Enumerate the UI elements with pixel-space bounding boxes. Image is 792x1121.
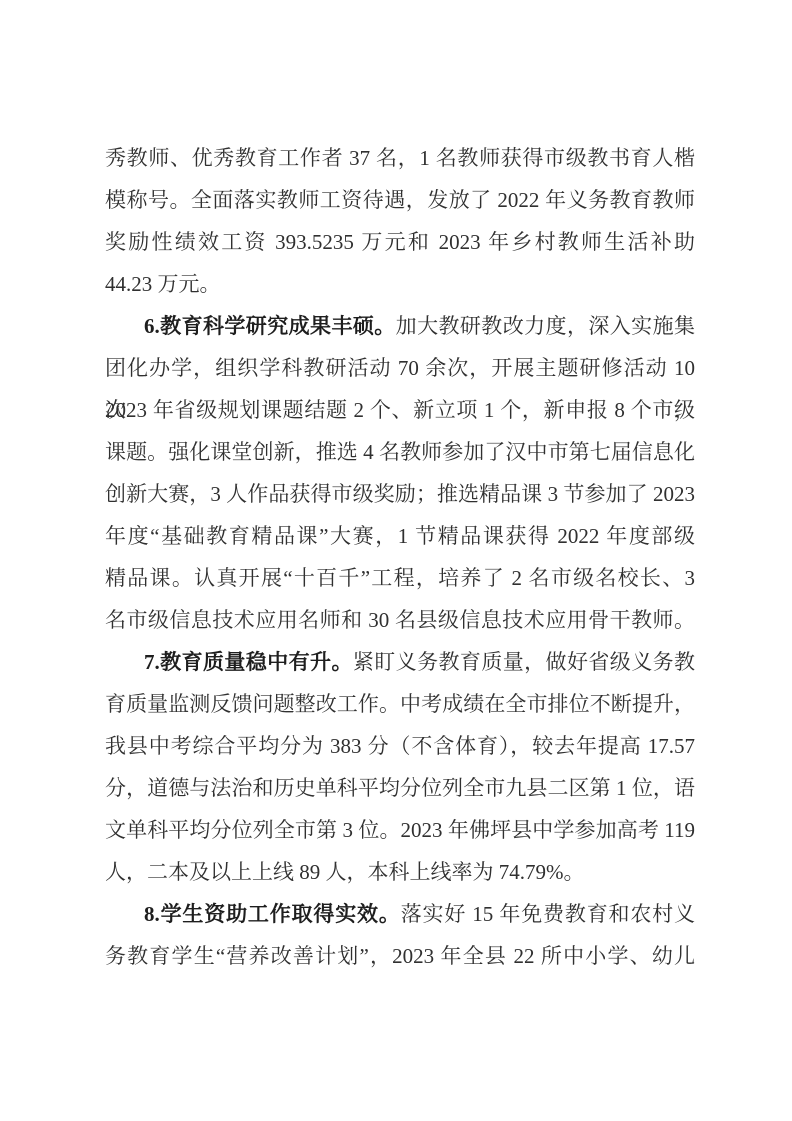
text-line: 奖励性绩效工资 393.5235 万元和 2023 年乡村教师生活补助 xyxy=(105,221,695,263)
text-run: 课题。强化课堂创新，推选 4 名教师参加了汉中市第七届信息化 xyxy=(105,440,695,464)
paragraph-continued: 秀教师、优秀教育工作者 37 名，1 名教师获得市级教书育人楷模称号。全面落实教… xyxy=(105,137,695,305)
text-line: 育质量监测反馈问题整改工作。中考成绩在全市排位不断提升， xyxy=(105,683,695,725)
text-line: 秀教师、优秀教育工作者 37 名，1 名教师获得市级教书育人楷 xyxy=(105,137,695,179)
text-line: 2023 年省级规划课题结题 2 个、新立项 1 个，新申报 8 个市级 xyxy=(105,389,695,431)
text-line: 8.学生资助工作取得实效。落实好 15 年免费教育和农村义 xyxy=(105,893,695,935)
text-run: 人，二本及以上上线 89 人，本科上线率为 74.79%。 xyxy=(105,860,585,884)
text-line: 44.23 万元。 xyxy=(105,263,695,305)
document-text-block: 秀教师、优秀教育工作者 37 名，1 名教师获得市级教书育人楷模称号。全面落实教… xyxy=(105,137,695,977)
text-line: 模称号。全面落实教师工资待遇，发放了 2022 年义务教育教师 xyxy=(105,179,695,221)
paragraph-item-8: 8.学生资助工作取得实效。落实好 15 年免费教育和农村义务教育学生“营养改善计… xyxy=(105,893,695,977)
paragraph-item-6: 6.教育科学研究成果丰硕。加大教研教改力度，深入实施集团化办学，组织学科教研活动… xyxy=(105,305,695,641)
text-run: 我县中考综合平均分为 383 分（不含体育），较去年提高 17.57 xyxy=(105,734,695,758)
document-viewport: { "page": { "background": "#ffffff", "te… xyxy=(0,0,792,1121)
text-line: 务教育学生“营养改善计划”，2023 年全县 22 所中小学、幼儿 xyxy=(105,935,695,977)
text-run: 模称号。全面落实教师工资待遇，发放了 2022 年义务教育教师 xyxy=(105,188,695,212)
text-line: 名市级信息技术应用名师和 30 名县级信息技术应用骨干教师。 xyxy=(105,599,695,641)
text-line: 我县中考综合平均分为 383 分（不含体育），较去年提高 17.57 xyxy=(105,725,695,767)
text-run: 务教育学生“营养改善计划”，2023 年全县 22 所中小学、幼儿 xyxy=(105,944,695,968)
text-run: 名市级信息技术应用名师和 30 名县级信息技术应用骨干教师。 xyxy=(105,608,695,632)
section-heading-run: 8.学生资助工作取得实效。 xyxy=(144,902,401,926)
text-run: 秀教师、优秀教育工作者 37 名，1 名教师获得市级教书育人楷 xyxy=(105,146,695,170)
text-run: 创新大赛，3 人作品获得市级奖励；推选精品课 3 节参加了 2023 xyxy=(105,482,695,506)
text-line: 课题。强化课堂创新，推选 4 名教师参加了汉中市第七届信息化 xyxy=(105,431,695,473)
document-page: 秀教师、优秀教育工作者 37 名，1 名教师获得市级教书育人楷模称号。全面落实教… xyxy=(0,0,792,1121)
text-run: 加大教研教改力度，深入实施集 xyxy=(396,314,695,338)
text-line: 7.教育质量稳中有升。紧盯义务教育质量，做好省级义务教 xyxy=(105,641,695,683)
text-line: 创新大赛，3 人作品获得市级奖励；推选精品课 3 节参加了 2023 xyxy=(105,473,695,515)
section-heading-run: 7.教育质量稳中有升。 xyxy=(144,650,353,674)
text-line: 6.教育科学研究成果丰硕。加大教研教改力度，深入实施集 xyxy=(105,305,695,347)
text-run: 2023 年省级规划课题结题 2 个、新立项 1 个，新申报 8 个市级 xyxy=(105,398,695,422)
text-run: 奖励性绩效工资 393.5235 万元和 2023 年乡村教师生活补助 xyxy=(105,230,695,254)
text-line: 年度“基础教育精品课”大赛，1 节精品课获得 2022 年度部级 xyxy=(105,515,695,557)
text-run: 44.23 万元。 xyxy=(105,272,221,296)
text-run: 育质量监测反馈问题整改工作。中考成绩在全市排位不断提升， xyxy=(105,692,695,716)
section-heading-run: 6.教育科学研究成果丰硕。 xyxy=(144,314,396,338)
text-run: 紧盯义务教育质量，做好省级义务教 xyxy=(353,650,695,674)
text-line: 精品课。认真开展“十百千”工程，培养了 2 名市级名校长、3 xyxy=(105,557,695,599)
paragraph-item-7: 7.教育质量稳中有升。紧盯义务教育质量，做好省级义务教育质量监测反馈问题整改工作… xyxy=(105,641,695,893)
text-run: 精品课。认真开展“十百千”工程，培养了 2 名市级名校长、3 xyxy=(105,566,695,590)
text-run: 年度“基础教育精品课”大赛，1 节精品课获得 2022 年度部级 xyxy=(105,524,695,548)
text-line: 人，二本及以上上线 89 人，本科上线率为 74.79%。 xyxy=(105,851,695,893)
text-line: 团化办学，组织学科教研活动 70 余次，开展主题研修活动 10 次， xyxy=(105,347,695,389)
text-line: 文单科平均分位列全市第 3 位。2023 年佛坪县中学参加高考 119 xyxy=(105,809,695,851)
text-run: 分，道德与法治和历史单科平均分位列全市九县二区第 1 位，语 xyxy=(105,776,695,800)
text-run: 文单科平均分位列全市第 3 位。2023 年佛坪县中学参加高考 119 xyxy=(105,818,695,842)
text-run: 落实好 15 年免费教育和农村义 xyxy=(401,902,695,926)
text-line: 分，道德与法治和历史单科平均分位列全市九县二区第 1 位，语 xyxy=(105,767,695,809)
